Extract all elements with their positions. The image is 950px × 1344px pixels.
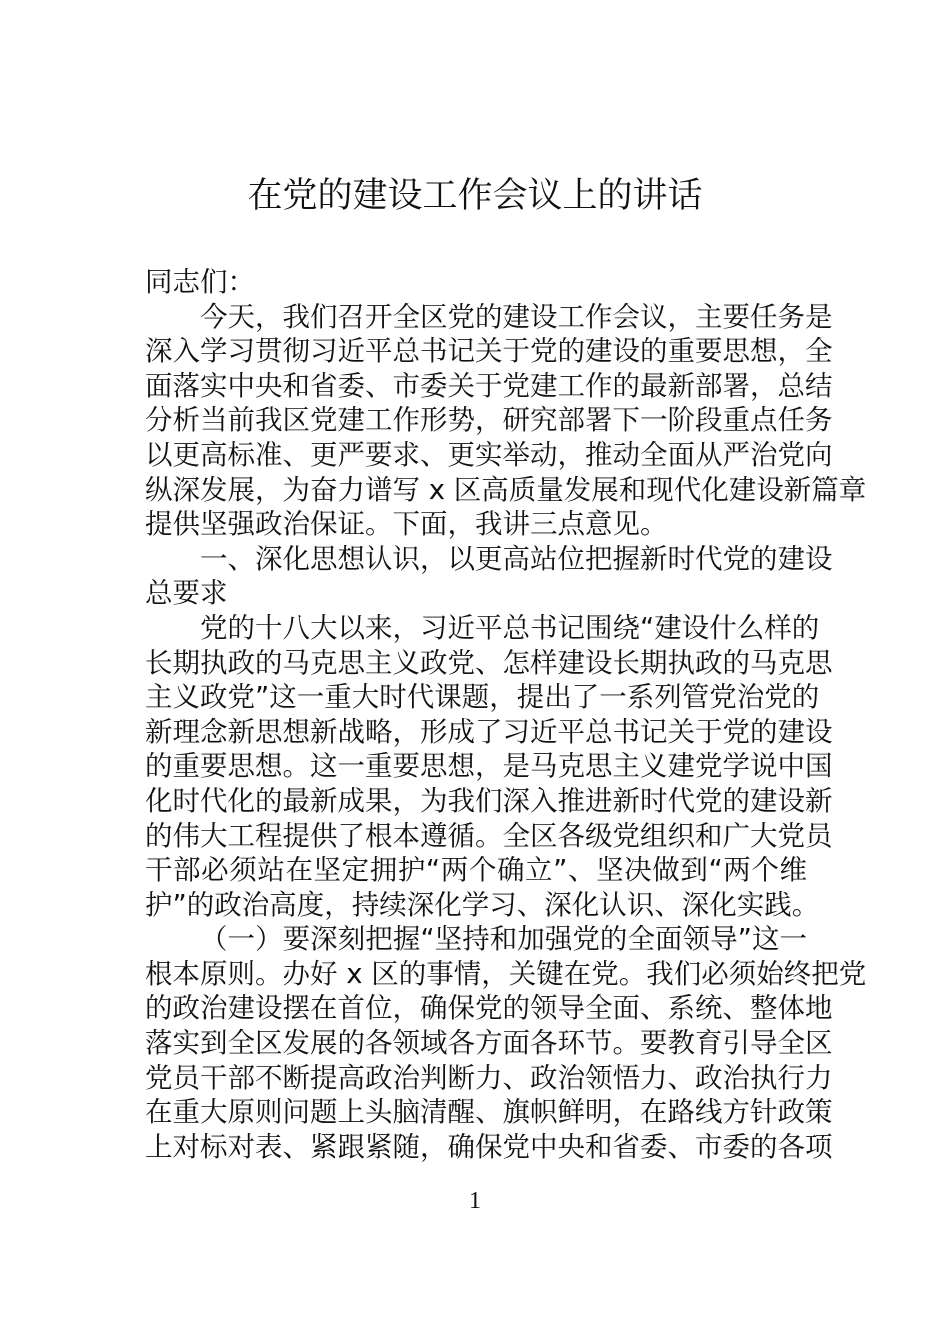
text-line: 的政治建设摆在首位，确保党的领导全面、系统、整体地: [145, 991, 807, 1026]
page-number: 1: [0, 1188, 950, 1215]
text-line: 主义政党”这一重大时代课题，提出了一系列管党治党的: [145, 680, 807, 715]
text-line: 今天，我们召开全区党的建设工作会议，主要任务是: [145, 300, 807, 335]
document-title: 在党的建设工作会议上的讲话: [0, 174, 950, 218]
text-line: 上对标对表、紧跟紧随，确保党中央和省委、市委的各项: [145, 1130, 807, 1165]
text-line: 深入学习贯彻习近平总书记关于党的建设的重要思想，全: [145, 334, 807, 369]
text-line: 化时代化的最新成果，为我们深入推进新时代党的建设新: [145, 784, 807, 819]
text-line: 根本原则。办好 x 区的事情，关键在党。我们必须始终把党: [145, 957, 807, 992]
text-line: 提供坚强政治保证。下面，我讲三点意见。: [145, 507, 807, 542]
text-line: 护”的政治高度，持续深化学习、深化认识、深化实践。: [145, 888, 807, 923]
text-line: （一）要深刻把握“坚持和加强党的全面领导”这一: [145, 922, 807, 957]
text-line: 纵深发展，为奋力谱写 x 区高质量发展和现代化建设新篇章: [145, 473, 807, 508]
text-line: 新理念新思想新战略，形成了习近平总书记关于党的建设: [145, 715, 807, 750]
text-line: 的伟大工程提供了根本遵循。全区各级党组织和广大党员: [145, 819, 807, 854]
text-line: 在重大原则问题上头脑清醒、旗帜鲜明，在路线方针政策: [145, 1095, 807, 1130]
text-line: 长期执政的马克思主义政党、怎样建设长期执政的马克思: [145, 646, 807, 681]
text-line: 党员干部不断提高政治判断力、政治领悟力、政治执行力: [145, 1061, 807, 1096]
salutation: 同志们：: [145, 265, 807, 300]
text-line: 党的十八大以来，习近平总书记围绕“建设什么样的: [145, 611, 807, 646]
text-line: 以更高标准、更严要求、更实举动，推动全面从严治党向: [145, 438, 807, 473]
paragraph-lines: 今天，我们召开全区党的建设工作会议，主要任务是深入学习贯彻习近平总书记关于党的建…: [145, 300, 807, 1165]
text-line: 分析当前我区党建工作形势，研究部署下一阶段重点任务: [145, 403, 807, 438]
document-body: 同志们： 今天，我们召开全区党的建设工作会议，主要任务是深入学习贯彻习近平总书记…: [145, 265, 807, 1164]
text-line: 的重要思想。这一重要思想，是马克思主义建党学说中国: [145, 749, 807, 784]
text-line: 干部必须站在坚定拥护“两个确立”、坚决做到“两个维: [145, 853, 807, 888]
document-page: 在党的建设工作会议上的讲话 同志们： 今天，我们召开全区党的建设工作会议，主要任…: [0, 0, 950, 1344]
text-line: 面落实中央和省委、市委关于党建工作的最新部署，总结: [145, 369, 807, 404]
text-line: 总要求: [145, 576, 807, 611]
text-line: 落实到全区发展的各领域各方面各环节。要教育引导全区: [145, 1026, 807, 1061]
text-line: 一、深化思想认识，以更高站位把握新时代党的建设: [145, 542, 807, 577]
